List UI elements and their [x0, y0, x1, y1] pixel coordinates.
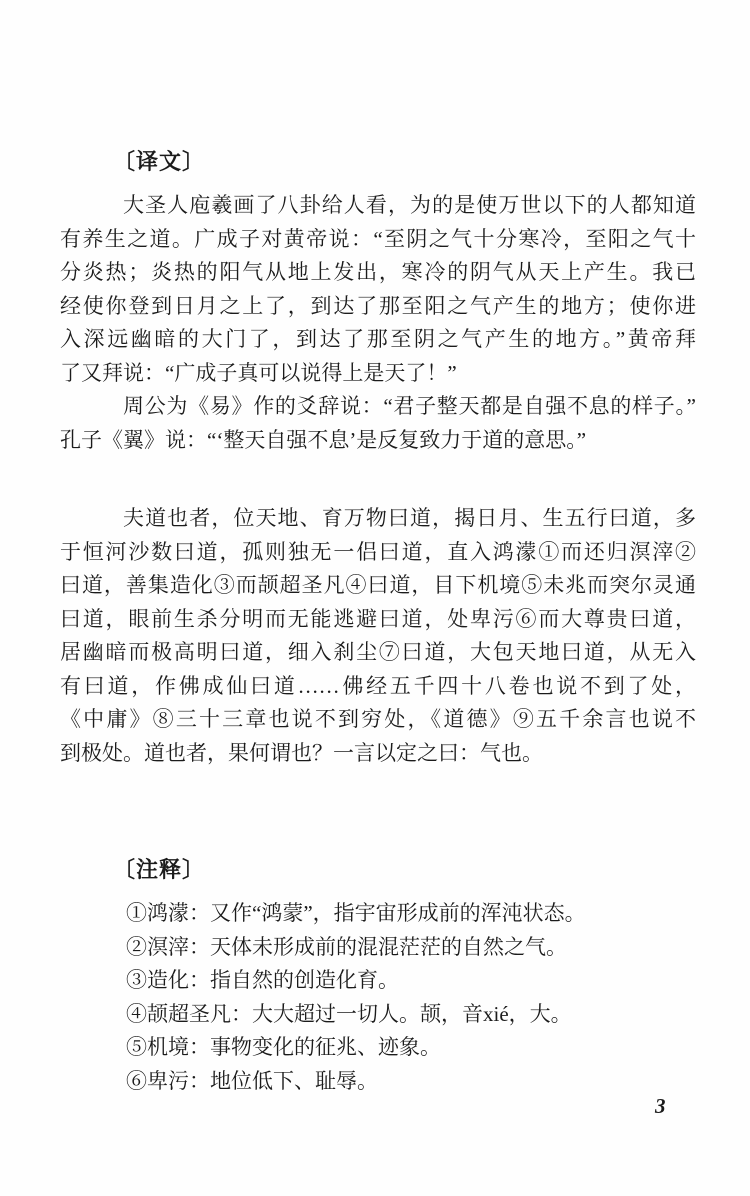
- text-line: 大圣人庖羲画了八卦给人看，为的是使万世以下的人都知道: [60, 189, 696, 223]
- note-line: ⑥卑污：地位低下、耻辱。: [126, 1065, 690, 1099]
- page-number: 3: [655, 1094, 666, 1119]
- book-page: 〔译文〕 大圣人庖羲画了八卦给人看，为的是使万世以下的人都知道 有养生之道。广成…: [0, 0, 750, 1196]
- text-line: 于恒河沙数曰道，孤则独无一侣曰道，直入鸿濛①而还归溟滓②: [60, 536, 696, 570]
- text-line: 到极处。道也者，果何谓也？一言以定之曰：气也。: [60, 737, 696, 771]
- note-line: ⑤机境：事物变化的征兆、迹象。: [126, 1031, 690, 1065]
- text-line: 曰道，善集造化③而颉超圣凡④曰道，目下机境⑤未兆而突尔灵通: [60, 569, 696, 603]
- notes-section-header: 〔注释〕: [113, 853, 205, 884]
- text-line: 了又拜说：“广成子真可以说得上是天了！”: [60, 357, 696, 391]
- text-line: 周公为《易》作的爻辞说：“君子整天都是自强不息的样子。”: [60, 390, 696, 424]
- text-line: 居幽暗而极高明曰道，细入刹尘⑦曰道，大包天地曰道，从无入: [60, 636, 696, 670]
- note-line: ①鸿濛：又作“鸿蒙”，指宇宙形成前的浑沌状态。: [126, 897, 690, 931]
- text-line: 夫道也者，位天地、育万物曰道，揭日月、生五行曰道，多: [60, 502, 696, 536]
- text-line: 有养生之道。广成子对黄帝说：“至阴之气十分寒冷，至阳之气十: [60, 223, 696, 257]
- translation-paragraph: 大圣人庖羲画了八卦给人看，为的是使万世以下的人都知道 有养生之道。广成子对黄帝说…: [60, 189, 696, 457]
- text-line: 有曰道，作佛成仙曰道……佛经五千四十八卷也说不到了处，: [60, 670, 696, 704]
- note-line: ④颉超圣凡：大大超过一切人。颉，音xié，大。: [126, 998, 690, 1032]
- notes-list: ①鸿濛：又作“鸿蒙”，指宇宙形成前的浑沌状态。 ②溟滓：天体未形成前的混混茫茫的…: [126, 897, 690, 1098]
- text-line: 入深远幽暗的大门了，到达了那至阴之气产生的地方。”黄帝拜: [60, 323, 696, 357]
- text-line: 孔子《翼》说：“‘整天自强不息’是反复致力于道的意思。”: [60, 424, 696, 458]
- text-line: 曰道，眼前生杀分明而无能逃避曰道，处卑污⑥而大尊贵曰道，: [60, 603, 696, 637]
- translation-section-header: 〔译文〕: [113, 145, 205, 176]
- text-line: 经使你登到日月之上了，到达了那至阳之气产生的地方；使你进: [60, 290, 696, 324]
- text-line: 《中庸》⑧三十三章也说不到穷处，《道德》⑨五千余言也说不: [60, 703, 696, 737]
- note-line: ②溟滓：天体未形成前的混混茫茫的自然之气。: [126, 931, 690, 965]
- note-line: ③造化：指自然的创造化育。: [126, 964, 690, 998]
- classical-paragraph: 夫道也者，位天地、育万物曰道，揭日月、生五行曰道，多 于恒河沙数曰道，孤则独无一…: [60, 502, 696, 770]
- text-line: 分炎热；炎热的阳气从地上发出，寒冷的阴气从天上产生。我已: [60, 256, 696, 290]
